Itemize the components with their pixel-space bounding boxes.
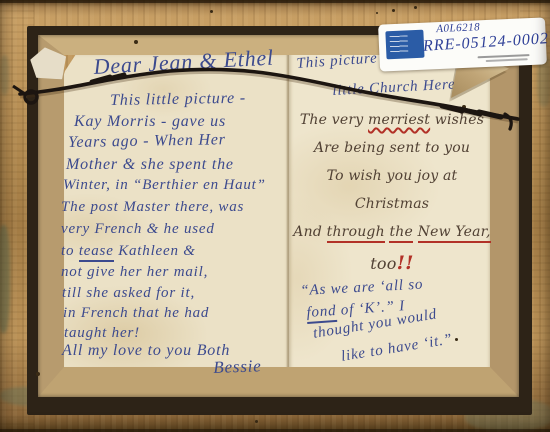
red-exclamation-marks: !! (397, 252, 414, 274)
red-underlined-through: through (327, 224, 385, 243)
handwriting-line: to tease Kathleen & (61, 243, 196, 260)
printed-line: Are being sent to you (292, 140, 492, 156)
nail-head (462, 105, 466, 109)
handwriting-line: Kay Morris - gave us (74, 113, 226, 131)
handwriting-segment: Kathleen & (114, 243, 196, 259)
handwriting-line: very French & he used (61, 221, 215, 238)
paint-patch (0, 55, 9, 95)
handwriting-line: Winter, in “Berthier en Haut” (63, 177, 266, 194)
printed-segment: The very (300, 112, 368, 128)
printed-line: To wish you joy at (292, 168, 492, 184)
wood-speckle (414, 6, 417, 9)
handwriting-line: in French that he had (63, 305, 209, 322)
underlined-word-tease: tease (79, 243, 114, 262)
printed-segment (413, 224, 418, 240)
printed-line: And through the New Year, (292, 224, 492, 240)
red-underlined-merriest: merriest (368, 112, 430, 128)
red-underlined-new-year: New Year, (418, 224, 491, 243)
red-underlined-the: the (389, 224, 413, 243)
printed-segment: too (370, 254, 396, 273)
signature-bessie: Bessie (213, 356, 262, 378)
gallery-label: A0L6218 RRE-05124-0002 (378, 17, 547, 71)
label-code-line1: A0L6218 (436, 21, 480, 35)
printed-line: too!! (292, 252, 492, 274)
gallery-logo-icon (385, 30, 424, 60)
label-fine-print-line (486, 58, 528, 62)
handwriting-line: This little picture - (110, 90, 246, 110)
wood-speckle (392, 9, 395, 12)
photo-top-edge (0, 0, 550, 3)
handwriting-line: not give her her mail, (61, 264, 208, 281)
underlined-word-fond: fond (306, 303, 337, 324)
handwriting-line: All my love to you Both (62, 342, 230, 360)
handwriting-line: The post Master there, was (61, 199, 244, 216)
printed-line: Christmas (292, 196, 492, 212)
printed-line: The very merriest wishes (292, 112, 492, 128)
handwriting-line: taught her! (64, 325, 140, 342)
framed-picture-back-photo: Dear Jean & Ethel This little picture - … (0, 0, 550, 432)
handwriting-line: Years ago - When Her (68, 131, 226, 152)
paint-patch (0, 225, 10, 333)
printed-segment: wishes (430, 112, 484, 128)
nail-head (134, 40, 138, 44)
handwriting-line: Mother & she spent the (66, 156, 234, 174)
nail-head (455, 338, 458, 341)
handwriting-segment: to (61, 243, 79, 259)
wood-speckle (255, 420, 258, 423)
wood-speckle (210, 10, 213, 13)
wood-speckle (376, 12, 378, 14)
handwriting-line: till she asked for it, (62, 285, 195, 302)
nail-head (36, 372, 40, 376)
printed-segment: And (293, 224, 326, 240)
